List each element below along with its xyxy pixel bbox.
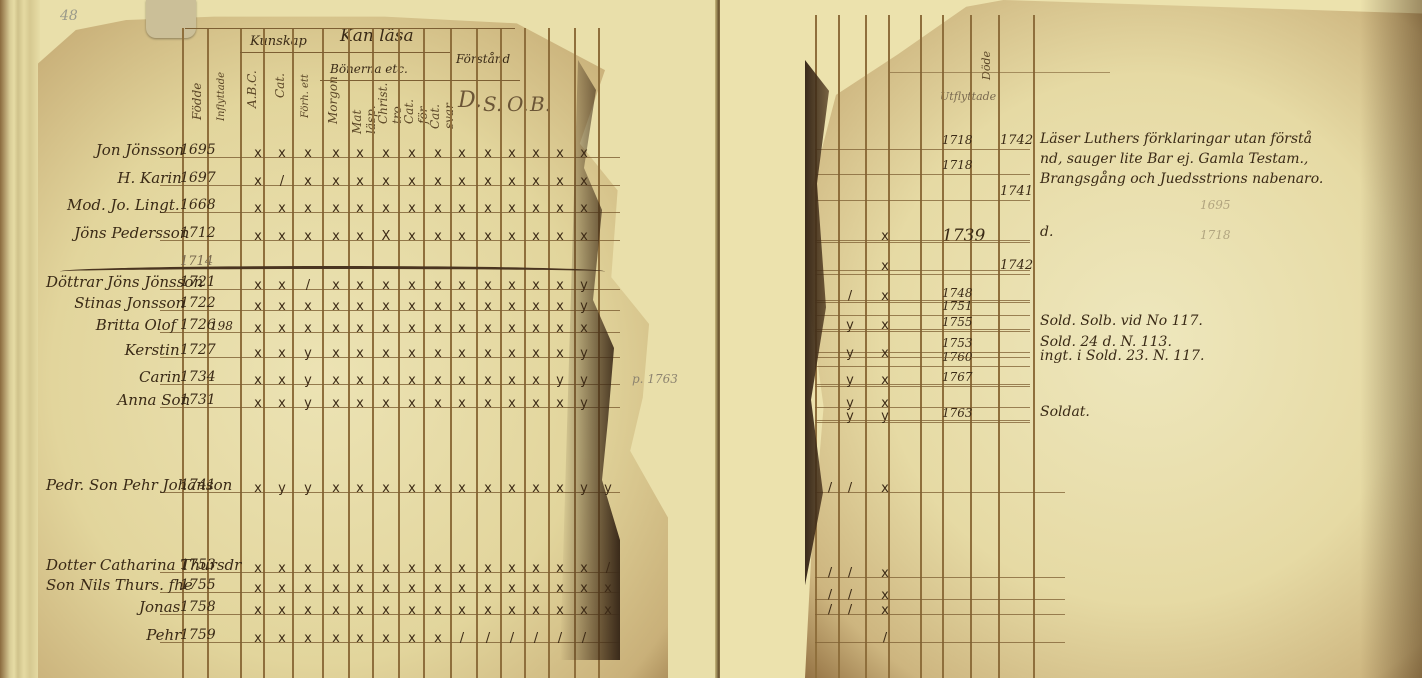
examination-mark: x: [408, 481, 416, 496]
examination-mark: y: [846, 346, 854, 361]
examination-mark: x: [304, 229, 312, 244]
examination-mark: x: [556, 581, 564, 596]
header-cat: Cat.: [273, 58, 287, 98]
examination-mark: x: [881, 289, 889, 304]
row-rule: [815, 315, 1030, 316]
examination-mark: x: [458, 561, 466, 576]
examination-mark: x: [484, 373, 492, 388]
row-name: Carin: [139, 368, 181, 386]
header-forh: Förh. ett: [300, 58, 311, 118]
examination-mark: x: [408, 631, 416, 646]
ruling-line: [574, 28, 576, 678]
examination-mark: x: [458, 174, 466, 189]
row-rule: [815, 242, 1030, 243]
examination-mark: x: [332, 229, 340, 244]
examination-mark: x: [304, 174, 312, 189]
examination-mark: x: [458, 201, 466, 216]
examination-mark: x: [532, 229, 540, 244]
examination-mark: x: [508, 201, 516, 216]
examination-mark: x: [278, 321, 286, 336]
examination-mark: x: [332, 346, 340, 361]
examination-mark: x: [556, 174, 564, 189]
open-ledger-book: 48 Födde Inflyttade Kunskap Kan läsa A.B…: [0, 0, 1422, 678]
examination-mark: x: [304, 561, 312, 576]
ruling-line: [1033, 15, 1035, 678]
row-year: 1731: [180, 392, 216, 408]
examination-mark: x: [484, 581, 492, 596]
row-year: 1727: [180, 342, 216, 358]
examination-mark: x: [604, 581, 612, 596]
examination-mark: x: [508, 278, 516, 293]
examination-mark: x: [254, 603, 262, 618]
examination-mark: y: [846, 373, 854, 388]
row-name: Jonas: [139, 598, 180, 616]
examination-mark: x: [484, 146, 492, 161]
header-rule: [890, 72, 1110, 73]
header-christ: Christ. tro: [376, 84, 404, 124]
examination-mark: x: [356, 581, 364, 596]
examination-mark: x: [356, 174, 364, 189]
ruling-line: [838, 15, 840, 678]
ruling-line: [815, 15, 817, 678]
examination-mark: x: [382, 346, 390, 361]
examination-mark: x: [382, 481, 390, 496]
row-year: 1758: [180, 599, 216, 615]
remark-text: Läser Luthers förklaringar utan förstå: [1040, 131, 1312, 147]
row-year: 1712: [180, 225, 216, 241]
examination-mark: x: [356, 373, 364, 388]
examination-mark: x: [508, 346, 516, 361]
examination-mark: x: [458, 396, 466, 411]
header-birth: Födde: [190, 40, 204, 120]
examination-mark: x: [532, 581, 540, 596]
row-rule: [815, 642, 1065, 643]
row-rule: [815, 577, 1065, 578]
moved-out-year: 1748: [942, 286, 973, 300]
row-rule: [815, 366, 1030, 367]
row-year: 1741: [180, 477, 216, 493]
examination-mark: x: [532, 201, 540, 216]
examination-mark: x: [580, 603, 588, 618]
examination-mark: y: [580, 346, 588, 361]
examination-mark: x: [556, 229, 564, 244]
examination-mark: x: [434, 373, 442, 388]
examination-mark: x: [408, 396, 416, 411]
ruling-line: [240, 28, 242, 678]
examination-mark: x: [881, 318, 889, 333]
ruling-line: [292, 28, 294, 678]
ruling-line: [263, 28, 265, 678]
examination-mark: x: [508, 321, 516, 336]
examination-mark: x: [408, 581, 416, 596]
remark-text: Brangsgång och Juedsstrions nabenaro.: [1040, 171, 1323, 187]
header-moved-out: Utflyttade: [940, 90, 996, 103]
examination-mark: x: [434, 396, 442, 411]
examination-mark: x: [484, 278, 492, 293]
examination-mark: x: [458, 346, 466, 361]
row-year: 1755: [180, 577, 216, 593]
examination-mark: x: [408, 146, 416, 161]
header-forstand: Förstånd: [456, 52, 510, 66]
examination-mark: x: [254, 481, 262, 496]
examination-mark: x: [408, 321, 416, 336]
row-year: 1734: [180, 369, 216, 385]
examination-mark: x: [604, 603, 612, 618]
examination-mark: /: [848, 603, 852, 618]
examination-mark: y: [604, 481, 612, 496]
moved-out-year: 1718: [942, 158, 973, 172]
examination-mark: /: [280, 174, 284, 189]
ruling-line: [348, 28, 350, 678]
examination-mark: x: [580, 174, 588, 189]
examination-mark: x: [408, 201, 416, 216]
examination-mark: x: [382, 396, 390, 411]
examination-mark: x: [332, 631, 340, 646]
examination-mark: y: [846, 409, 854, 424]
examination-mark: x: [408, 561, 416, 576]
examination-mark: x: [254, 321, 262, 336]
examination-mark: x: [458, 581, 466, 596]
examination-mark: x: [580, 201, 588, 216]
examination-mark: x: [556, 146, 564, 161]
examination-mark: y: [304, 481, 312, 496]
examination-mark: x: [278, 561, 286, 576]
moved-out-year: 1755: [942, 315, 973, 329]
examination-mark: x: [356, 299, 364, 314]
examination-mark: x: [881, 373, 889, 388]
examination-mark: /: [848, 566, 852, 581]
header-matlasp: Mat läsp.: [350, 84, 378, 134]
examination-mark: x: [556, 201, 564, 216]
examination-mark: x: [278, 278, 286, 293]
death-year: 1741: [1000, 184, 1033, 199]
examination-mark: x: [382, 278, 390, 293]
row-name: Kerstin: [125, 341, 180, 359]
examination-mark: y: [580, 299, 588, 314]
examination-mark: x: [278, 299, 286, 314]
examination-mark: x: [881, 603, 889, 618]
header-moved: Inflyttade: [216, 36, 227, 121]
examination-mark: x: [408, 278, 416, 293]
examination-mark: x: [580, 561, 588, 576]
examination-mark: x: [484, 299, 492, 314]
examination-mark: x: [484, 561, 492, 576]
examination-mark: x: [254, 561, 262, 576]
examination-mark: x: [332, 481, 340, 496]
examination-mark: /: [558, 631, 562, 646]
row-rule: [815, 599, 1065, 600]
examination-mark: y: [580, 481, 588, 496]
examination-mark: x: [508, 299, 516, 314]
examination-mark: x: [458, 373, 466, 388]
examination-mark: x: [254, 396, 262, 411]
examination-mark: x: [434, 346, 442, 361]
remark-text: Sold. Solb. vid No 117.: [1040, 313, 1203, 329]
examination-mark: x: [484, 321, 492, 336]
examination-mark: x: [382, 299, 390, 314]
examination-mark: x: [532, 396, 540, 411]
examination-mark: x: [458, 229, 466, 244]
cloth-bookmark-tab: [146, 0, 196, 38]
examination-mark: x: [484, 229, 492, 244]
examination-mark: x: [304, 581, 312, 596]
examination-mark: x: [532, 346, 540, 361]
examination-mark: /: [460, 631, 464, 646]
examination-mark: x: [332, 581, 340, 596]
examination-mark: x: [382, 146, 390, 161]
examination-mark: x: [356, 396, 364, 411]
folio-number: 48: [60, 8, 78, 24]
header-morgon: Morgon: [326, 84, 340, 124]
examination-mark: x: [556, 481, 564, 496]
page-stack-edge: [0, 0, 40, 678]
examination-mark: x: [881, 588, 889, 603]
examination-mark: x: [458, 481, 466, 496]
examination-mark: x: [278, 146, 286, 161]
row-rule: [815, 174, 1030, 175]
row-year: 1697: [180, 170, 216, 186]
ruling-line: [500, 28, 502, 678]
examination-mark: x: [532, 321, 540, 336]
examination-mark: x: [532, 603, 540, 618]
examination-mark: y: [304, 373, 312, 388]
header-catfor: Cat. för: [402, 84, 430, 124]
right-page: Utflyttade Döde 1695 1718 17181742Läser …: [720, 0, 1422, 678]
examination-mark: x: [556, 346, 564, 361]
row-rule: [815, 274, 1030, 275]
examination-mark: x: [556, 603, 564, 618]
examination-mark: y: [580, 373, 588, 388]
examination-mark: x: [408, 603, 416, 618]
examination-mark: x: [254, 631, 262, 646]
moved-out-year: 1753: [942, 336, 973, 350]
examination-mark: x: [254, 174, 262, 189]
examination-mark: x: [382, 174, 390, 189]
examination-mark: x: [580, 581, 588, 596]
remark-text: nd, sauger lite Bar ej. Gamla Testam.,: [1040, 151, 1308, 167]
examination-mark: x: [304, 631, 312, 646]
examination-mark: /: [848, 588, 852, 603]
examination-mark: /: [828, 481, 832, 496]
examination-mark: x: [580, 321, 588, 336]
row-rule: [815, 407, 1030, 408]
examination-mark: x: [532, 299, 540, 314]
row-year: 1695: [180, 142, 216, 158]
examination-mark: x: [356, 229, 364, 244]
examination-mark: x: [556, 561, 564, 576]
examination-mark: x: [434, 321, 442, 336]
examination-mark: x: [332, 146, 340, 161]
examination-mark: x: [458, 278, 466, 293]
row-name: Britta Olof: [96, 316, 176, 334]
examination-mark: y: [846, 318, 854, 333]
bleedthrough-1: 1695: [1200, 198, 1231, 212]
examination-mark: x: [484, 396, 492, 411]
examination-mark: x: [332, 561, 340, 576]
row-year: 1668: [180, 197, 216, 213]
examination-mark: x: [881, 259, 889, 274]
examination-mark: y: [304, 346, 312, 361]
ruling-line: [423, 28, 425, 678]
header-rule: [320, 80, 520, 81]
examination-mark: x: [278, 373, 286, 388]
examination-mark: x: [556, 299, 564, 314]
ruling-line: [372, 28, 374, 678]
examination-mark: /: [534, 631, 538, 646]
examination-mark: /: [848, 481, 852, 496]
examination-mark: x: [278, 229, 286, 244]
examination-mark: x: [508, 373, 516, 388]
examination-mark: x: [508, 481, 516, 496]
examination-mark: y: [278, 481, 286, 496]
examination-mark: x: [556, 396, 564, 411]
examination-mark: x: [484, 346, 492, 361]
ruling-line: [865, 15, 867, 678]
examination-mark: x: [434, 481, 442, 496]
examination-mark: x: [408, 299, 416, 314]
examination-mark: y: [580, 396, 588, 411]
examination-mark: x: [408, 346, 416, 361]
row-year: 1721: [180, 274, 216, 290]
examination-mark: x: [881, 229, 889, 244]
examination-mark: x: [508, 396, 516, 411]
examination-mark: x: [278, 396, 286, 411]
examination-mark: x: [434, 278, 442, 293]
examination-mark: /: [306, 278, 310, 293]
examination-mark: x: [254, 278, 262, 293]
header-rule: [185, 28, 515, 29]
row-name: Jöns Pedersson: [74, 224, 189, 242]
header-catsvar: Cat. svar: [428, 84, 456, 129]
remark-text: Soldat.: [1040, 404, 1090, 420]
examination-mark: x: [254, 229, 262, 244]
examination-mark: y: [304, 396, 312, 411]
ruling-line: [476, 28, 478, 678]
examination-mark: x: [332, 603, 340, 618]
examination-mark: x: [382, 321, 390, 336]
examination-mark: x: [382, 631, 390, 646]
examination-mark: x: [532, 278, 540, 293]
examination-mark: x: [304, 146, 312, 161]
examination-mark: x: [332, 373, 340, 388]
examination-mark: x: [278, 631, 286, 646]
examination-mark: x: [484, 481, 492, 496]
examination-mark: x: [254, 201, 262, 216]
examination-mark: x: [332, 299, 340, 314]
examination-mark: x: [356, 603, 364, 618]
row-year: 1714: [180, 254, 213, 269]
examination-mark: x: [408, 229, 416, 244]
row-name: Jon Jönsson: [96, 141, 184, 159]
examination-mark: x: [304, 321, 312, 336]
examination-mark: x: [508, 561, 516, 576]
row-rule: [815, 270, 1030, 271]
row-extra-number: 198: [210, 319, 233, 333]
header-dead: Döde: [980, 20, 993, 80]
remark-text: ingt. i Sold. 23. N. 117.: [1040, 348, 1204, 364]
ruling-line: [598, 28, 600, 678]
row-rule: [815, 420, 1030, 421]
examination-mark: x: [382, 581, 390, 596]
remark-text: d.: [1040, 224, 1053, 240]
row-name: H. Karin: [117, 169, 181, 187]
examination-mark: x: [532, 481, 540, 496]
examination-mark: x: [508, 603, 516, 618]
examination-mark: x: [356, 481, 364, 496]
examination-mark: x: [580, 229, 588, 244]
examination-mark: x: [881, 346, 889, 361]
death-year: 1742: [1000, 133, 1033, 148]
ruling-line: [450, 28, 452, 678]
examination-mark: x: [458, 321, 466, 336]
row-rule: [815, 240, 1030, 241]
examination-mark: x: [434, 603, 442, 618]
row-year: 1753: [180, 557, 216, 573]
examination-mark: /: [828, 588, 832, 603]
examination-mark: x: [356, 278, 364, 293]
bleedthrough-2: 1718: [1200, 228, 1231, 242]
moved-out-year: 1767: [942, 370, 973, 384]
row-rule: [815, 492, 1065, 493]
examination-mark: x: [304, 603, 312, 618]
examination-mark: x: [434, 146, 442, 161]
row-name: Stinas Jonsson: [74, 294, 185, 312]
examination-mark: x: [434, 561, 442, 576]
examination-mark: x: [332, 174, 340, 189]
examination-mark: /: [510, 631, 514, 646]
examination-mark: x: [458, 299, 466, 314]
examination-mark: X: [382, 229, 391, 244]
examination-mark: x: [304, 201, 312, 216]
header-bonerna: Bönerna etc.: [330, 62, 408, 76]
examination-mark: x: [556, 278, 564, 293]
row-rule: [815, 357, 1030, 358]
examination-mark: x: [254, 373, 262, 388]
row-name: Son Nils Thurs. fhe: [46, 576, 193, 594]
header-d: D.: [458, 88, 482, 113]
examination-mark: x: [382, 201, 390, 216]
examination-mark: x: [556, 321, 564, 336]
examination-mark: x: [278, 603, 286, 618]
examination-mark: x: [434, 581, 442, 596]
ruling-line: [920, 15, 922, 678]
examination-mark: /: [606, 561, 610, 576]
examination-mark: x: [332, 321, 340, 336]
examination-mark: x: [332, 201, 340, 216]
examination-mark: x: [434, 229, 442, 244]
row-rule: [815, 329, 1030, 330]
ruling-line: [398, 28, 400, 678]
examination-mark: x: [278, 581, 286, 596]
marginal-page-reference: p. 1763: [632, 372, 678, 386]
examination-mark: x: [254, 146, 262, 161]
examination-mark: x: [484, 174, 492, 189]
examination-mark: x: [408, 174, 416, 189]
examination-mark: x: [881, 566, 889, 581]
header-kunskap: Kunskap: [250, 34, 307, 49]
examination-mark: x: [508, 146, 516, 161]
examination-mark: x: [458, 146, 466, 161]
examination-mark: /: [828, 603, 832, 618]
examination-mark: x: [332, 396, 340, 411]
examination-mark: x: [434, 299, 442, 314]
examination-mark: /: [848, 289, 852, 304]
examination-mark: x: [356, 631, 364, 646]
examination-mark: /: [486, 631, 490, 646]
examination-mark: x: [382, 373, 390, 388]
examination-mark: x: [484, 201, 492, 216]
left-page: 48 Födde Inflyttade Kunskap Kan läsa A.B…: [0, 0, 720, 678]
